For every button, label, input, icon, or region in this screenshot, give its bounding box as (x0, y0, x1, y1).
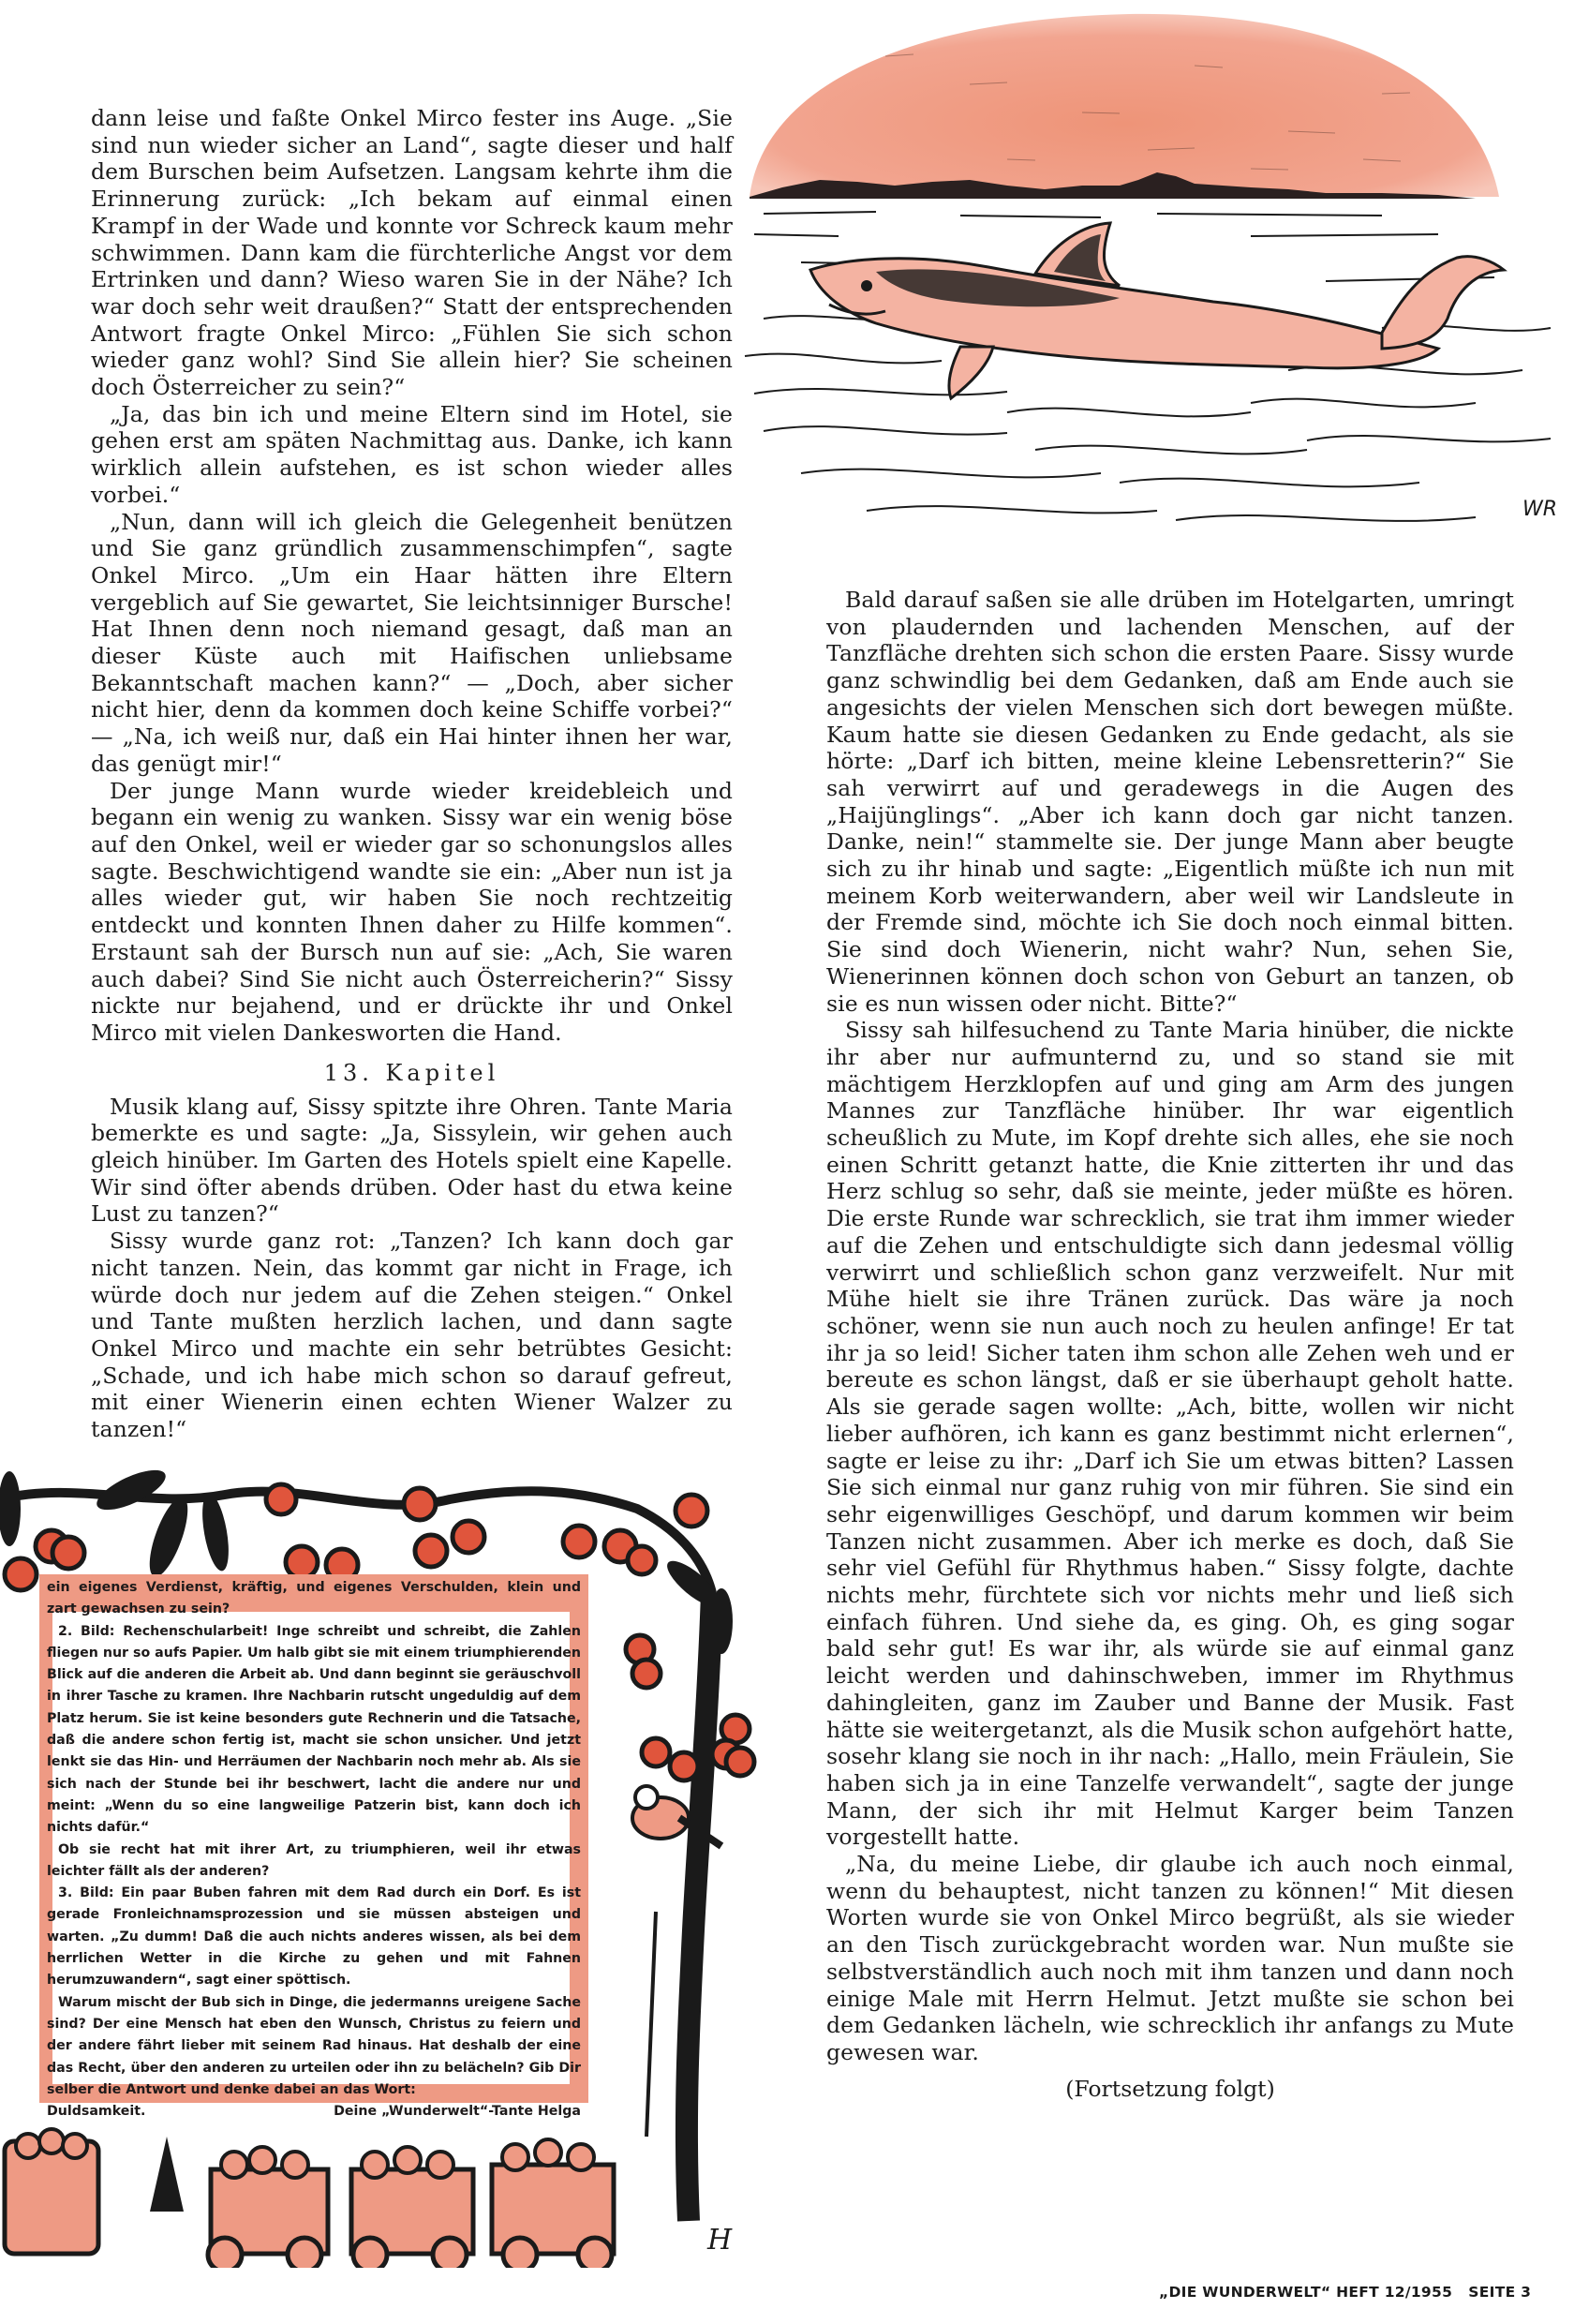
paragraph: Bald darauf saßen sie alle drüben im Hot… (826, 587, 1514, 1017)
left-column: dann leise und faßte Onkel Mirco fester … (91, 105, 733, 1443)
cherry-wagons (5, 2129, 614, 2268)
stick (646, 1912, 656, 2137)
cherry-bucket (5, 2141, 98, 2254)
paragraph: Sissy wurde ganz rot: „Tanzen? Ich kann … (91, 1228, 733, 1443)
toy-tree-icon (150, 2137, 184, 2212)
inset-paragraph: Ob sie recht hat mit ihrer Art, zu trium… (47, 1840, 581, 1884)
inset-paragraph: 3. Bild: Ein paar Buben fahren mit dem R… (47, 1883, 581, 1991)
illustrator-signature: WR (1522, 498, 1557, 521)
closing-word: Duldsamkeit. (47, 2101, 145, 2123)
sea-waves (745, 212, 1551, 521)
cherries (626, 1635, 754, 1780)
inset-box-text: ein eigenes Verdienst, kräftig, und eige… (47, 1577, 581, 2123)
inset-paragraph: Warum mischt der Bub sich in Dinge, die … (47, 1992, 581, 2101)
chapter-heading: 13. Kapitel (91, 1060, 733, 1086)
right-column: Bald darauf saßen sie alle drüben im Hot… (826, 587, 1514, 2102)
paragraph: dann leise und faßte Onkel Mirco fester … (91, 105, 733, 401)
sunset-sky (750, 14, 1499, 197)
continuation-note: (Fortsetzung folgt) (826, 2076, 1514, 2102)
paragraph: „Na, du meine Liebe, dir glaube ich auch… (826, 1851, 1514, 2066)
tree-trunk (687, 1593, 712, 2221)
inset-paragraph: ein eigenes Verdienst, kräftig, und eige… (47, 1577, 581, 1621)
paragraph: „Ja, das bin ich und meine Eltern sind i… (91, 401, 733, 509)
paragraph: „Nun, dann will ich gleich die Gelegenhe… (91, 509, 733, 778)
shark-in-sea-image: WR (726, 0, 1589, 553)
signature: Deine „Wunderwelt“-Tante Helga (334, 2101, 581, 2123)
paragraph: Sissy sah hilfesuchend zu Tante Maria hi… (826, 1017, 1514, 1851)
paragraph: Der junge Mann wurde wieder kreidebleich… (91, 778, 733, 1047)
inset-signature-line: Duldsamkeit. Deine „Wunderwelt“-Tante He… (47, 2101, 581, 2123)
shark-figure (810, 223, 1504, 398)
inset-paragraph: 2. Bild: Rechenschularbeit! Inge schreib… (47, 1621, 581, 1840)
shark-illustration: WR (726, 0, 1589, 553)
paragraph: Musik klang auf, Sissy spitzte ihre Ohre… (91, 1094, 733, 1229)
illustrator-signature: H (706, 2224, 733, 2257)
page-footer: „DIE WUNDERWELT“ HEFT 12/1955 SEITE 3 (1159, 2284, 1531, 2301)
